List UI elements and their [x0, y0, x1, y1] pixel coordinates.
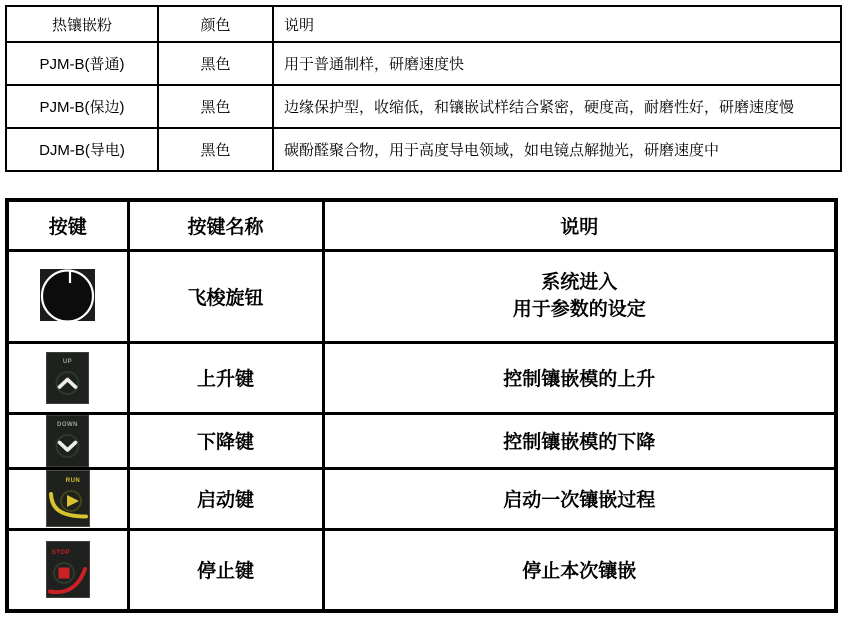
table-row: UP 上升键 控制镶嵌模的上升 — [7, 342, 836, 413]
desc-line: 系统进入 — [325, 269, 835, 296]
control-button-table: 按键 按键名称 说明 飞梭旋钮 系统进入 用于参数的设定 — [5, 198, 838, 613]
table-row: DJM-B(导电) 黑色 碳酚醛聚合物，用于高度导电领域，如电镜点解抛光，研磨速… — [6, 128, 841, 171]
up-button-cell: UP — [7, 342, 128, 413]
button-desc-cell: 控制镶嵌模的上升 — [323, 342, 836, 413]
table-row: PJM-B(保边) 黑色 边缘保护型，收缩低，和镶嵌试样结合紧密，硬度高，耐磨性… — [6, 85, 841, 128]
button-header-desc: 说明 — [323, 200, 836, 250]
down-button-cell: DOWN — [7, 413, 128, 468]
table-row: PJM-B(普通) 黑色 用于普通制样，研磨速度快 — [6, 42, 841, 85]
jog-knob-cell — [7, 250, 128, 342]
mounting-powder-table: 热镶嵌粉 颜色 说明 PJM-B(普通) 黑色 用于普通制样，研磨速度快 PJM… — [5, 5, 842, 172]
button-header-row: 按键 按键名称 说明 — [7, 200, 836, 250]
powder-header-color: 颜色 — [158, 6, 273, 42]
button-desc-cell: 停止本次镶嵌 — [323, 529, 836, 611]
button-name-cell: 上升键 — [128, 342, 323, 413]
powder-name-cell: DJM-B(导电) — [6, 128, 158, 171]
button-name-cell: 下降键 — [128, 413, 323, 468]
button-name-cell: 飞梭旋钮 — [128, 250, 323, 342]
run-button-cell: RUN — [7, 468, 128, 529]
powder-color-cell: 黑色 — [158, 128, 273, 171]
desc-line: 用于参数的设定 — [325, 296, 835, 323]
powder-name-cell: PJM-B(普通) — [6, 42, 158, 85]
button-header-name: 按键名称 — [128, 200, 323, 250]
powder-desc-cell: 用于普通制样，研磨速度快 — [273, 42, 841, 85]
button-desc-cell: 系统进入 用于参数的设定 — [323, 250, 836, 342]
svg-text:RUN: RUN — [66, 478, 81, 484]
powder-header-row: 热镶嵌粉 颜色 说明 — [6, 6, 841, 42]
powder-desc-cell: 边缘保护型，收缩低，和镶嵌试样结合紧密，硬度高，耐磨性好，研磨速度慢 — [273, 85, 841, 128]
button-desc-cell: 控制镶嵌模的下降 — [323, 413, 836, 468]
powder-header-name: 热镶嵌粉 — [6, 6, 158, 42]
svg-text:DOWN: DOWN — [57, 422, 78, 428]
button-header-key: 按键 — [7, 200, 128, 250]
powder-header-desc: 说明 — [273, 6, 841, 42]
powder-desc-cell: 碳酚醛聚合物，用于高度导电领域，如电镜点解抛光，研磨速度中 — [273, 128, 841, 171]
table-row: DOWN 下降键 控制镶嵌模的下降 — [7, 413, 836, 468]
button-desc-cell: 启动一次镶嵌过程 — [323, 468, 836, 529]
table-row: RUN 启动键 启动一次镶嵌过程 — [7, 468, 836, 529]
jog-knob-icon — [39, 268, 96, 324]
stop-button-cell: STOP — [7, 529, 128, 611]
run-button-icon: RUN — [46, 470, 90, 527]
powder-color-cell: 黑色 — [158, 85, 273, 128]
powder-name-cell: PJM-B(保边) — [6, 85, 158, 128]
button-name-cell: 启动键 — [128, 468, 323, 529]
svg-text:UP: UP — [63, 359, 72, 365]
powder-color-cell: 黑色 — [158, 42, 273, 85]
down-button-icon: DOWN — [46, 415, 89, 467]
table-row: STOP 停止键 停止本次镶嵌 — [7, 529, 836, 611]
svg-text:STOP: STOP — [52, 550, 70, 556]
button-name-cell: 停止键 — [128, 529, 323, 611]
table-row: 飞梭旋钮 系统进入 用于参数的设定 — [7, 250, 836, 342]
stop-button-icon: STOP — [46, 541, 90, 598]
up-button-icon: UP — [46, 352, 89, 404]
